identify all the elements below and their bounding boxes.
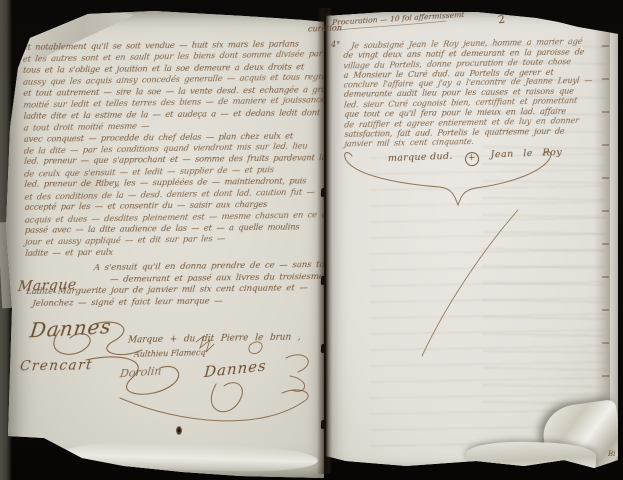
binding-gutter (317, 8, 332, 474)
marque-word: Marque (17, 277, 77, 295)
binding-stitch (321, 344, 327, 353)
binding-stitch (321, 276, 327, 285)
page-fore-edge (594, 30, 610, 450)
signature-dannes-2: Dannes (204, 357, 268, 382)
handwriting-line: ladite — et par eulx (25, 244, 326, 259)
manuscript-photo: et notablement qu'il se soit vendue — hu… (0, 0, 623, 480)
mark-prefix: marque dud. (388, 151, 453, 164)
right-page: Procuration — 10 fol affermissemt 2 4° J… (326, 10, 618, 472)
edge-text-fragment: Bi (608, 450, 615, 458)
procuration-text: Je soubsigné Jean le Roy jeune, homme a … (343, 36, 610, 148)
notary-cross-mark: + (464, 152, 478, 166)
margin-mark: 4° (331, 40, 340, 49)
header-note: Procuration — 10 fol affermissemt (332, 10, 465, 27)
principal-name: Jean le Roy (490, 147, 562, 160)
signature-dorolin: Dorolin (119, 364, 162, 380)
witness-name-line: Aulthieu Flamecq (134, 348, 206, 359)
ink-stain (176, 426, 182, 435)
margin-word: curation (308, 23, 343, 33)
curled-bottom-edge (62, 440, 319, 473)
left-page: et notablement qu'il se soit vendue — hu… (4, 8, 324, 478)
signature-dannes-1: Dannes (29, 314, 114, 342)
left-page-text: et notablement qu'il se soit vendue — hu… (23, 38, 326, 259)
binding-stitch (321, 188, 327, 197)
signature-crencart: Crencart (19, 357, 94, 374)
witness-mark-line: Marque + du dit Pierre le brun , (128, 332, 302, 345)
folio-number: 2 (497, 13, 505, 27)
binding-stitch (321, 420, 327, 429)
